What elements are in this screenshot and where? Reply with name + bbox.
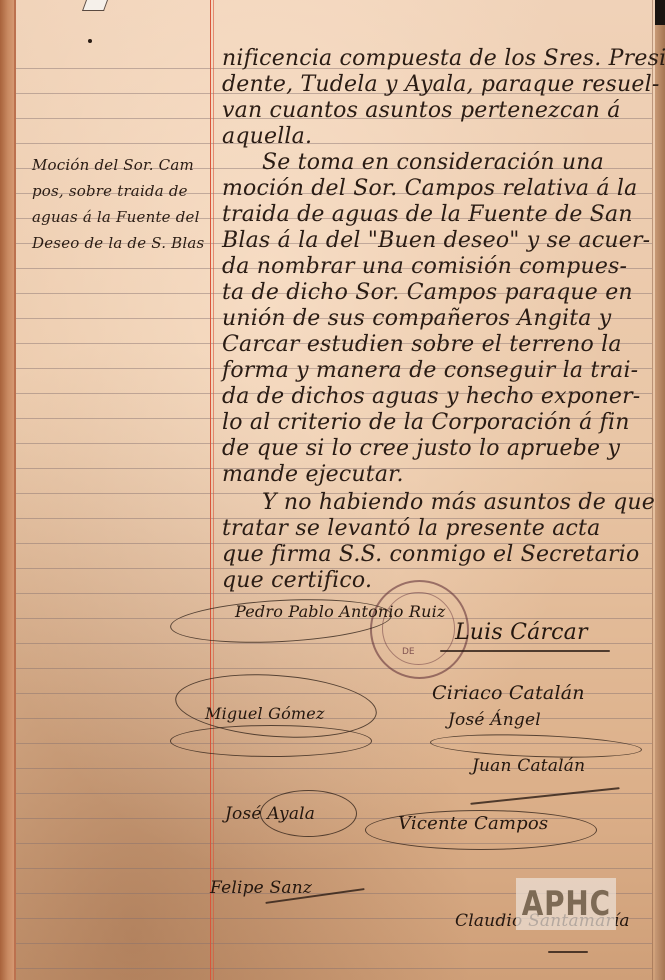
ruled-line: [16, 868, 652, 869]
page-right-edge: [655, 0, 665, 980]
signature-underline: [548, 951, 588, 953]
margin-rule: [210, 0, 211, 980]
body-line: moción del Sor. Campos relativa á la: [222, 178, 637, 200]
signature: Juan Catalán: [472, 758, 585, 775]
body-line: da nombrar una comisión compues-: [222, 256, 627, 278]
signature: Vicente Campos: [398, 815, 548, 833]
signature: Felipe Sanz: [210, 880, 312, 897]
margin-note-line: Deseo de la de S. Blas: [32, 236, 204, 251]
body-line: van cuantos asuntos pertenezcan á: [222, 100, 621, 122]
signature: José Ayala: [225, 806, 315, 823]
signature-underline: [470, 787, 619, 805]
body-line: unión de sus compañeros Angita y: [222, 308, 611, 330]
ruled-line: [16, 968, 652, 969]
body-line: tratar se levantó la presente acta: [222, 518, 600, 540]
background-corner: [655, 0, 665, 25]
body-line: ta de dicho Sor. Campos paraque en: [222, 282, 633, 304]
body-line: que certifico.: [222, 570, 372, 592]
body-line: lo al criterio de la Corporación á fin: [222, 412, 630, 434]
document-page: Moción del Sor. Cam pos, sobre traida de…: [0, 0, 665, 980]
body-line: mande ejecutar.: [222, 464, 404, 486]
ruled-line: [16, 943, 652, 944]
binding-edge: [14, 0, 16, 980]
body-line: aquella.: [222, 126, 312, 148]
seal-text: DE: [402, 647, 415, 657]
ruled-line: [16, 593, 652, 594]
watermark-text: APHC: [521, 884, 610, 924]
signature: Ciriaco Catalán: [432, 684, 585, 703]
archive-watermark: APHC: [516, 878, 616, 930]
body-line: nificencia compuesta de los Sres. Presi: [222, 48, 665, 70]
signature: Pedro Pablo Antonio Ruiz: [235, 604, 446, 620]
body-line: que firma S.S. conmigo el Secretario: [222, 544, 639, 566]
margin-note-line: pos, sobre traida de: [32, 184, 188, 199]
body-line: traida de aguas de la Fuente de San: [222, 204, 633, 226]
body-line: de que si lo cree justo lo apruebe y: [222, 438, 620, 460]
body-line: forma y manera de conseguir la trai-: [222, 360, 638, 382]
ink-spot: [88, 39, 92, 43]
signature: Miguel Gómez: [205, 706, 325, 722]
body-line: dente, Tudela y Ayala, paraque resuel-: [222, 74, 660, 96]
body-line: da de dichos aguas y hecho exponer-: [222, 386, 640, 408]
ruled-line: [16, 143, 652, 144]
ruled-line: [16, 668, 652, 669]
signature: José Ángel: [448, 712, 541, 729]
paper-tab: [82, 0, 108, 11]
margin-note-line: aguas á la Fuente del: [32, 210, 200, 225]
body-line: Se toma en consideración una: [262, 152, 604, 174]
margin-rule: [213, 0, 214, 980]
signature: Luis Cárcar: [455, 622, 588, 644]
body-line: Carcar estudien sobre el terreno la: [222, 334, 622, 356]
signature-flourish: [170, 725, 372, 757]
margin-note-line: Moción del Sor. Cam: [32, 158, 194, 173]
body-line: Y no habiendo más asuntos de que: [262, 492, 655, 514]
signature-underline: [440, 650, 610, 652]
body-line: Blas á la del "Buen deseo" y se acuer-: [222, 230, 650, 252]
